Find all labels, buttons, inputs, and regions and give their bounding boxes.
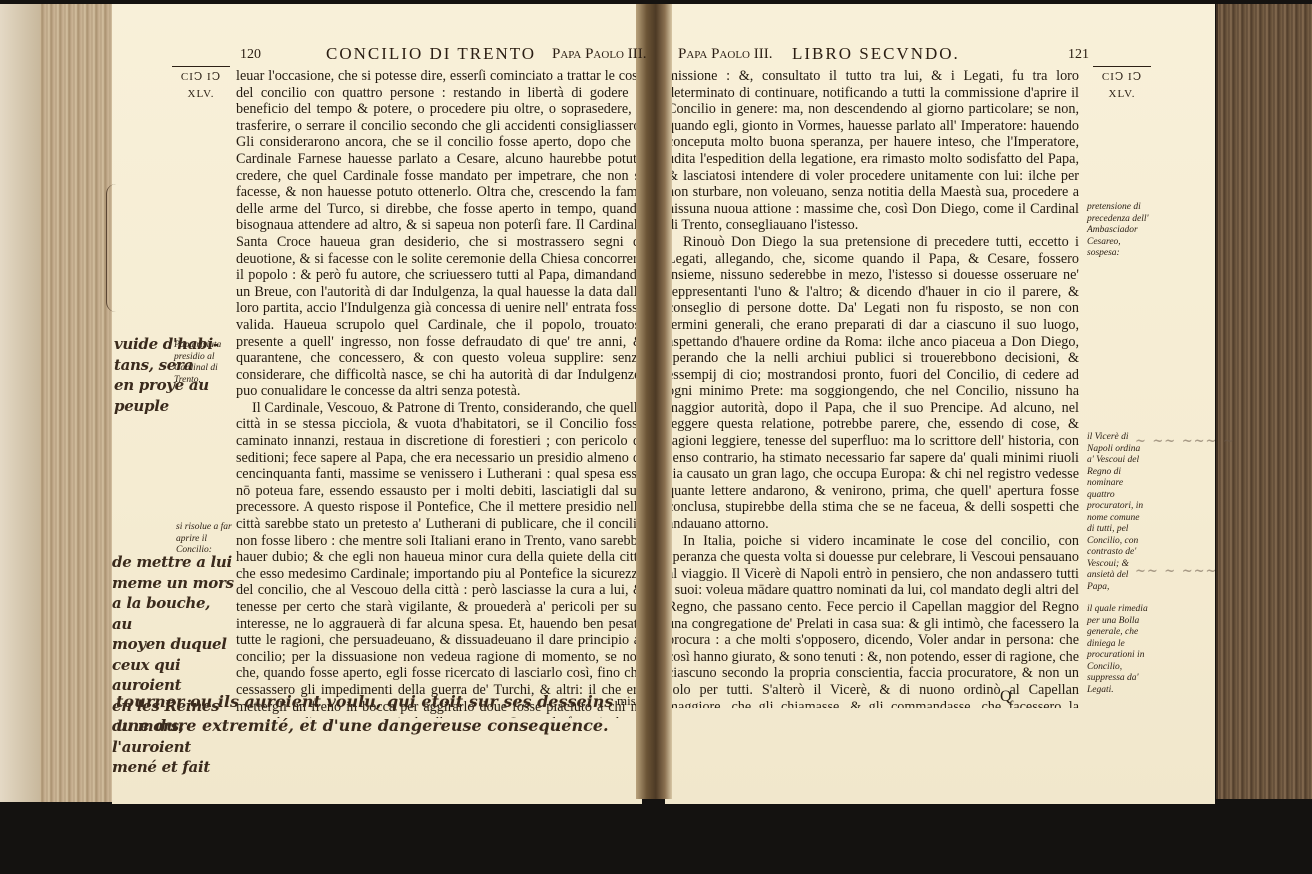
open-book: CIↃ IↃ XLV. vuide d'habi- tans, sera en … — [0, 0, 1312, 874]
handwritten-bottom-line-1: tourner ou ils auroient voulu, qui etoit… — [116, 692, 613, 711]
handwritten-bottom-line-2: une dure extremité, et d'une dangereuse … — [116, 716, 609, 735]
right-page: CIↃ IↃ XLV. missione : &, consultato il … — [665, 4, 1215, 804]
right-year-note: CIↃ IↃ XLV. — [1093, 66, 1151, 103]
left-running-pope: Papa Paolo III. — [552, 46, 646, 63]
paragraph: leuar l'occasione, che si potesse dire, … — [236, 68, 644, 400]
left-page-number: 120 — [240, 47, 261, 63]
paragraph: Il Cardinale, Vescouo, & Patrone di Tren… — [236, 400, 644, 718]
margin-note-pretensione: pretensione di precedenza dell' Ambascia… — [1087, 202, 1149, 260]
left-page: CIↃ IↃ XLV. vuide d'habi- tans, sera en … — [112, 4, 642, 804]
right-running-pope: Papa Paolo III. — [678, 46, 772, 63]
right-body-text: missione : &, consultato il tutto tra lu… — [667, 68, 1079, 708]
year-roman: CIↃ IↃ — [1093, 69, 1151, 86]
left-running-title: CONCILIO DI TRENTO — [326, 44, 536, 64]
year-roman: CIↃ IↃ — [172, 69, 230, 86]
book-gutter — [636, 4, 672, 799]
handwritten-margin-lower: de mettre a lui meme un mors a la bouche… — [112, 552, 234, 778]
right-page-number: 121 — [1068, 47, 1089, 63]
handwritten-brace — [106, 184, 117, 312]
paragraph: In Italia, poiche si videro incaminate l… — [667, 533, 1079, 708]
year-rule — [172, 66, 230, 67]
margin-note-bolla: il quale rimedia per una Bolla generale,… — [1087, 604, 1149, 696]
ink-offset-smudge: ~~ ~ ~~~ — [1135, 564, 1217, 579]
signature-mark: Q — [1000, 688, 1012, 706]
year-suffix: XLV. — [1093, 86, 1151, 103]
right-running-title: LIBRO SECVNDO. — [792, 44, 960, 64]
left-year-note: CIↃ IↃ XLV. — [172, 66, 230, 103]
ink-offset-smudge: ~ ~~ ~~~ ~ — [1135, 434, 1235, 449]
paragraph: Rinouò Don Diego la sua pretensione di p… — [667, 234, 1079, 533]
left-body-text: leuar l'occasione, che si potesse dire, … — [236, 68, 644, 718]
year-suffix: XLV. — [172, 86, 230, 103]
left-cover — [0, 4, 40, 802]
year-rule — [1093, 66, 1151, 67]
paragraph: missione : &, consultato il tutto tra lu… — [667, 68, 1079, 234]
left-page-edges — [0, 4, 114, 802]
margin-note-presidio: Papa risiuta presidio al Cardinal di Tre… — [174, 340, 234, 386]
right-page-edges — [1216, 4, 1312, 799]
